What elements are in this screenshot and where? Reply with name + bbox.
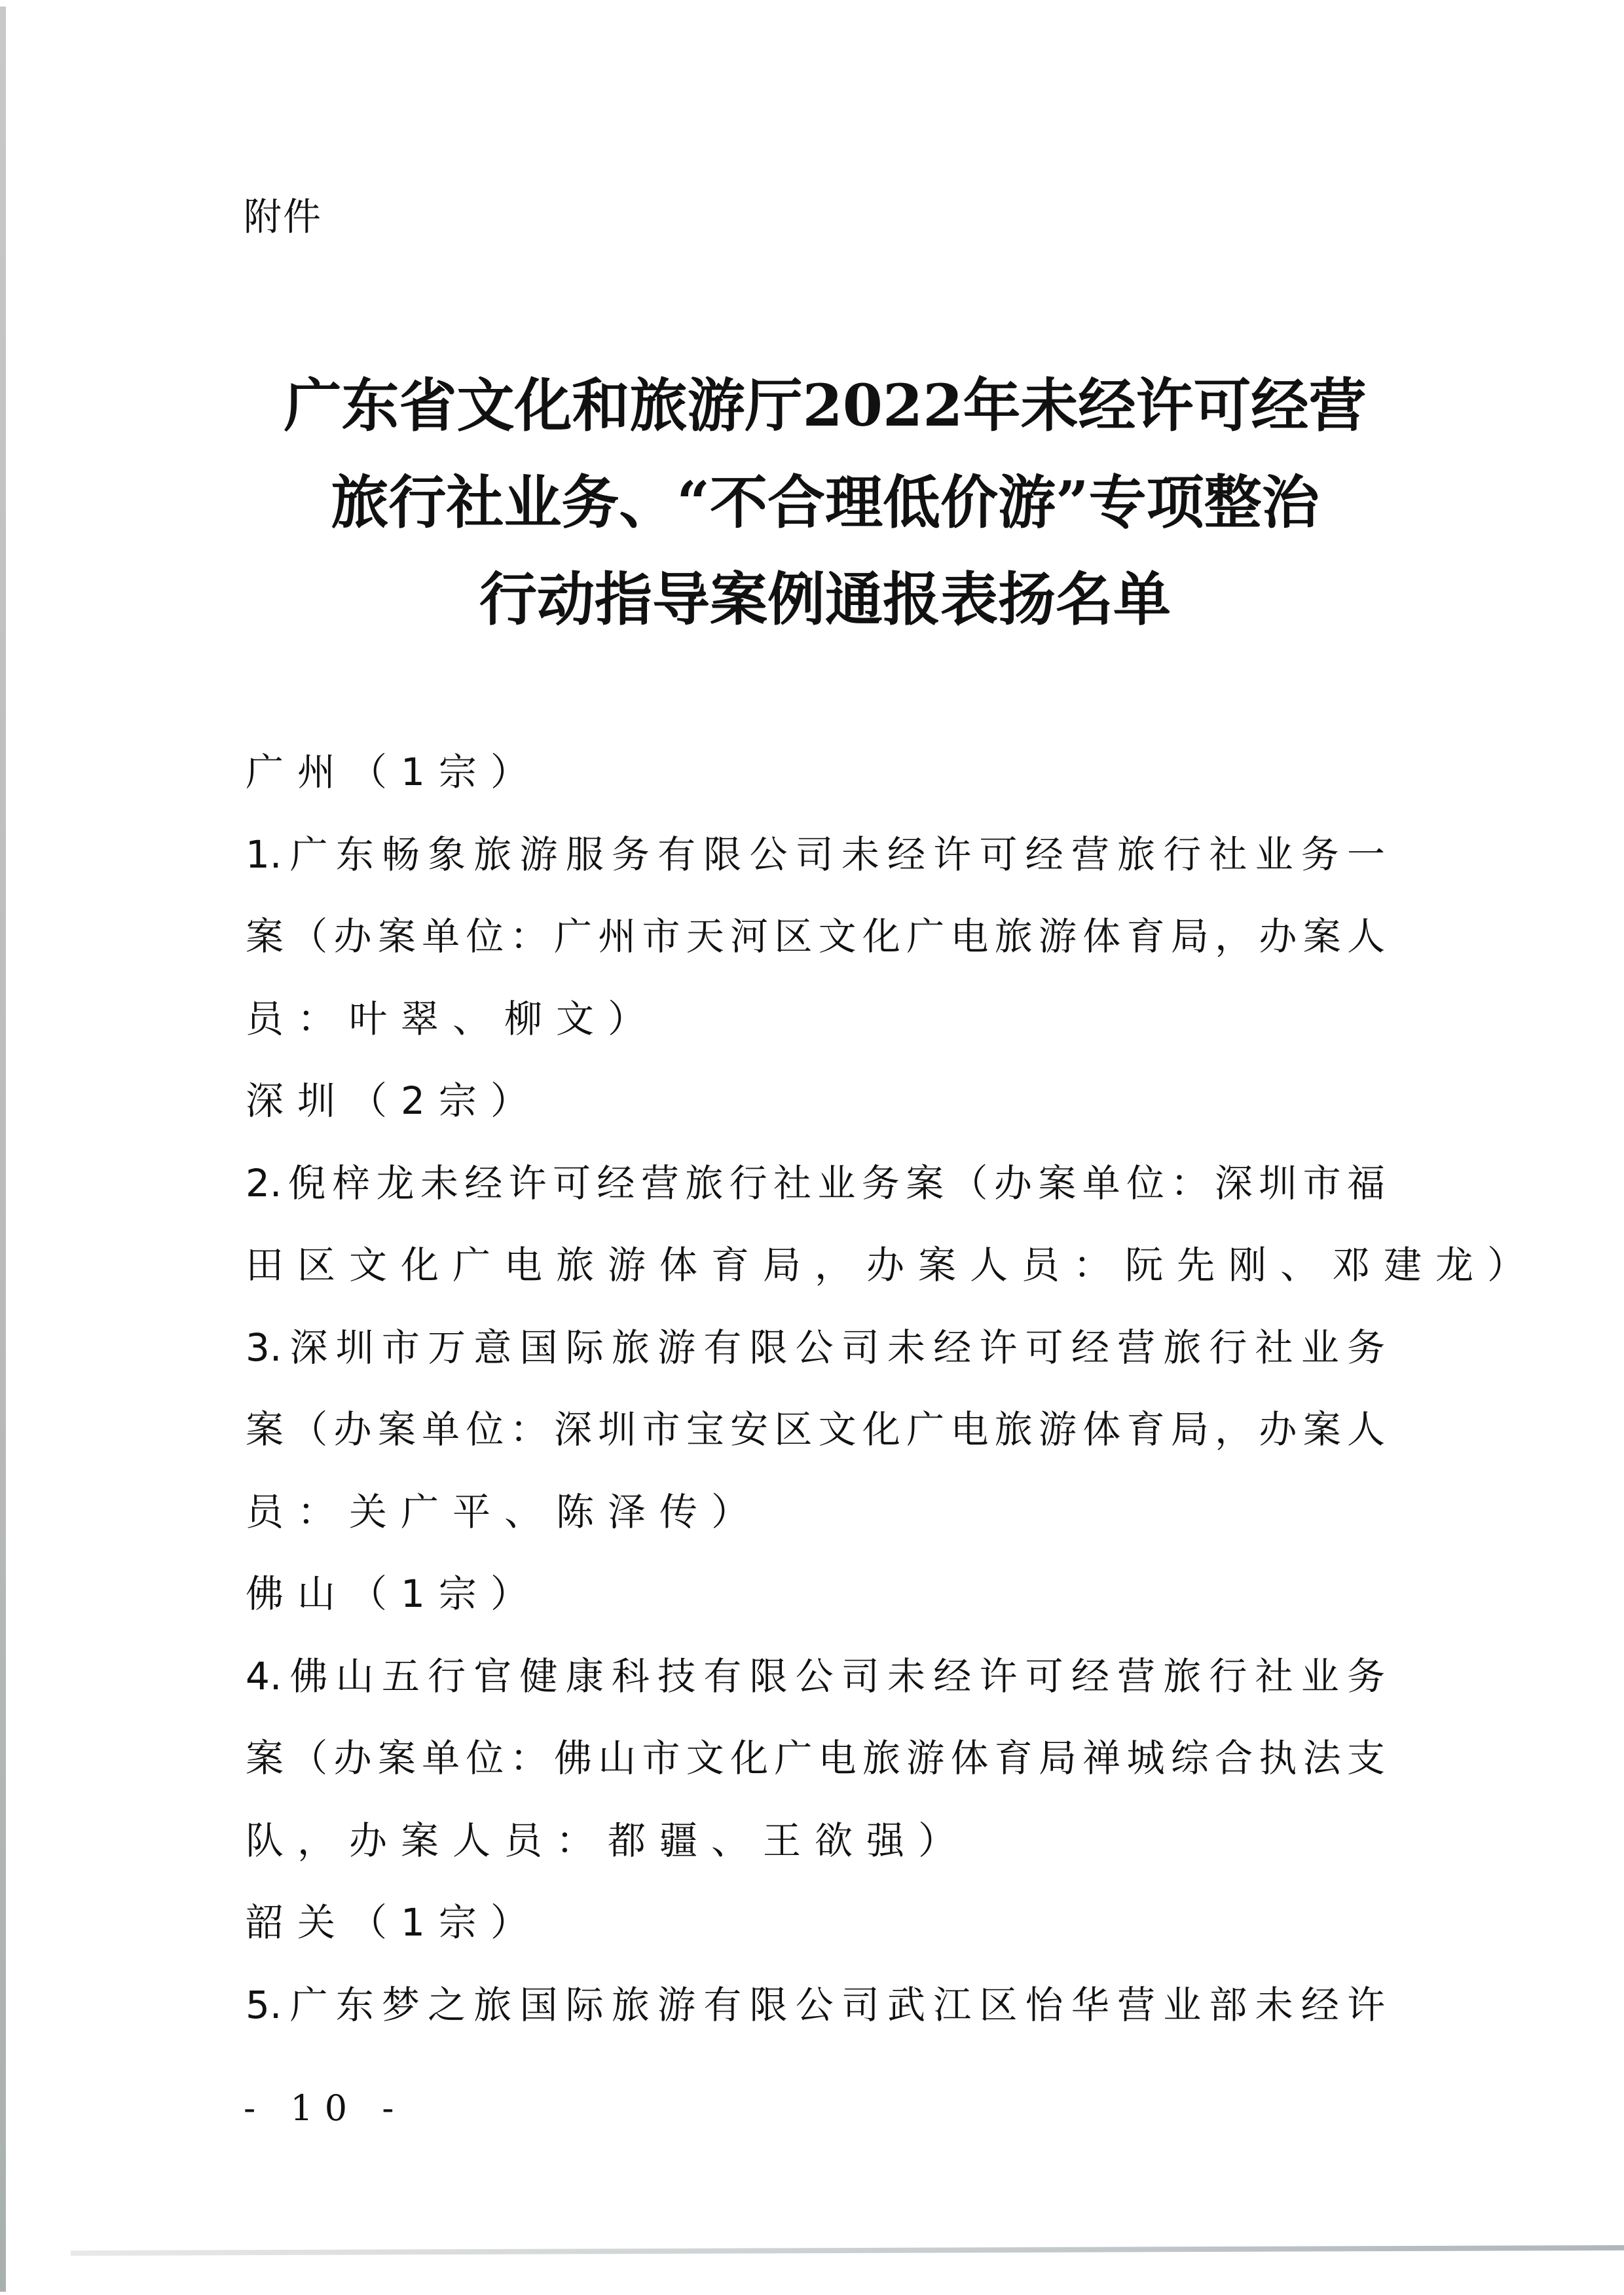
- case-4-line-2: 案（办案单位：佛山市文化广电旅游体育局禅城综合执法支: [246, 1717, 1385, 1800]
- title-line-1: 广东省文化和旅游厅2022年未经许可经营: [236, 357, 1414, 454]
- case-4-line-3: 队，办案人员：都疆、王欲强）: [246, 1800, 1385, 1882]
- section-heading-shaoguan: 韶关（1宗）: [246, 1882, 1385, 1964]
- case-1-line-1: 1.广东畅象旅游服务有限公司未经许可经营旅行社业务一: [246, 814, 1385, 896]
- document-body: 广州（1宗） 1.广东畅象旅游服务有限公司未经许可经营旅行社业务一 案（办案单位…: [246, 731, 1385, 2046]
- section-heading-shenzhen: 深圳（2宗）: [246, 1060, 1385, 1143]
- document-page: 附件 广东省文化和旅游厅2022年未经许可经营 旅行社业务、“不合理低价游”专项…: [0, 0, 1624, 2295]
- document-title: 广东省文化和旅游厅2022年未经许可经营 旅行社业务、“不合理低价游”专项整治 …: [236, 357, 1414, 648]
- case-5-line-1: 5.广东梦之旅国际旅游有限公司武江区怡华营业部未经许: [246, 1964, 1385, 2047]
- section-heading-foshan: 佛山（1宗）: [246, 1553, 1385, 1636]
- page-number: - 10 -: [244, 2085, 406, 2131]
- case-3-line-2: 案（办案单位：深圳市宝安区文化广电旅游体育局，办案人: [246, 1389, 1385, 1471]
- case-1-line-3: 员：叶翠、柳文）: [246, 978, 1385, 1061]
- title-line-2: 旅行社业务、“不合理低价游”专项整治: [236, 454, 1414, 551]
- title-line-3: 行动指导案例通报表扬名单: [236, 551, 1414, 648]
- case-2-line-2: 田区文化广电旅游体育局，办案人员：阮先刚、邓建龙）: [246, 1224, 1385, 1307]
- case-2-line-1: 2.倪梓龙未经许可经营旅行社业务案（办案单位：深圳市福: [246, 1143, 1385, 1225]
- case-1-line-2: 案（办案单位：广州市天河区文化广电旅游体育局，办案人: [246, 896, 1385, 978]
- case-4-line-1: 4.佛山五行官健康科技有限公司未经许可经营旅行社业务: [246, 1636, 1385, 1718]
- case-3-line-3: 员：关广平、陈泽传）: [246, 1471, 1385, 1554]
- case-3-line-1: 3.深圳市万意国际旅游有限公司未经许可经营旅行社业务: [246, 1307, 1385, 1389]
- section-heading-guangzhou: 广州（1宗）: [246, 731, 1385, 814]
- attachment-label: 附件: [244, 194, 322, 240]
